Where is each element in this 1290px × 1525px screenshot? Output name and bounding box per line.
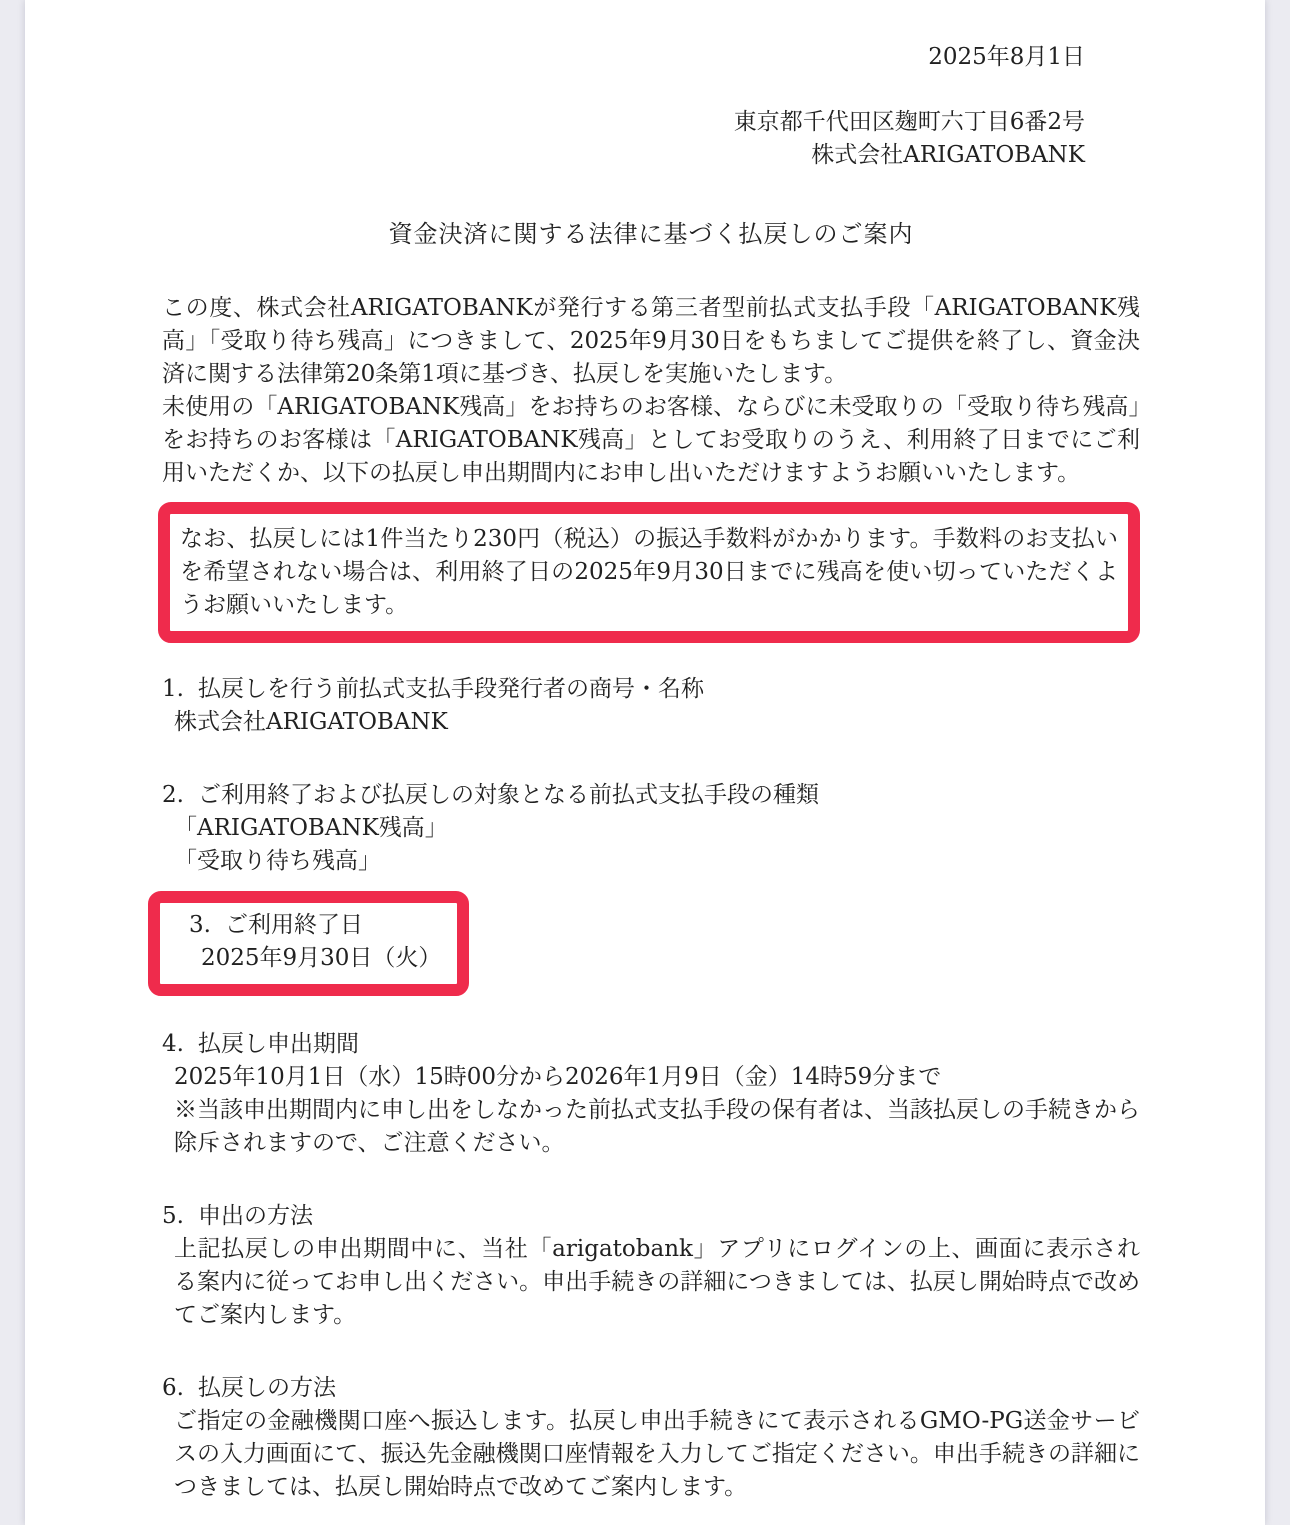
fee-note-highlight-box: なお、払戻しには1件当たり230円（税込）の振込手数料がかかります。手数料のお支… — [158, 502, 1140, 643]
item-line: 2025年10月1日（水）15時00分から2026年1月9日（金）14時59分ま… — [162, 1061, 1140, 1094]
item-number: 2. — [162, 779, 198, 812]
fee-note-text: なお、払戻しには1件当たり230円（税込）の振込手数料がかかります。手数料のお支… — [180, 523, 1118, 622]
letterhead: 2025年8月1日 東京都千代田区麹町六丁目6番2号 株式会社ARIGATOBA… — [162, 42, 1140, 172]
end-date-highlight-box: 3. ご利用終了日 2025年9月30日（火） — [148, 891, 469, 996]
item-heading: 3. ご利用終了日 — [175, 909, 441, 942]
item-number: 3. — [189, 909, 225, 942]
list-item-end-date: 3. ご利用終了日 2025年9月30日（火） — [175, 909, 441, 975]
list-item-application-period: 4. 払戻し申出期間 2025年10月1日（水）15時00分から2026年1月9… — [162, 1028, 1140, 1160]
item-heading: 2. ご利用終了および払戻しの対象となる前払式支払手段の種類 — [162, 779, 1140, 812]
item-number: 5. — [162, 1200, 198, 1233]
sender-address: 東京都千代田区麹町六丁目6番2号 — [162, 106, 1085, 139]
intro-paragraph-2: 未使用の「ARIGATOBANK残高」をお持ちのお客様、ならびに未受取りの「受取… — [162, 391, 1140, 490]
intro-paragraph-1: この度、株式会社ARIGATOBANKが発行する第三者型前払式支払手段「ARIG… — [162, 292, 1140, 391]
item-number: 1. — [162, 673, 198, 706]
list-item-refund-method: 6. 払戻しの方法 ご指定の金融機関口座へ振込します。払戻し申出手続きにて表示さ… — [162, 1372, 1140, 1504]
item-heading: 5. 申出の方法 — [162, 1200, 1140, 1233]
list-item-application-method: 5. 申出の方法 上記払戻しの申出期間中に、当社「arigatobank」アプリ… — [162, 1200, 1140, 1332]
item-line: ※当該申出期間内に申し出をしなかった前払式支払手段の保有者は、当該払戻しの手続き… — [162, 1094, 1140, 1160]
item-heading-text: 払戻しの方法 — [198, 1372, 336, 1405]
item-line: 2025年9月30日（火） — [175, 942, 441, 975]
document-date: 2025年8月1日 — [162, 42, 1085, 72]
item-line: 「ARIGATOBANK残高」 — [162, 812, 1140, 845]
sender-company: 株式会社ARIGATOBANK — [162, 139, 1085, 172]
item-line: 上記払戻しの申出期間中に、当社「arigatobank」アプリにログインの上、画… — [162, 1233, 1140, 1332]
item-line: 「受取り待ち残高」 — [162, 845, 1140, 878]
item-heading: 4. 払戻し申出期間 — [162, 1028, 1140, 1061]
item-heading-text: 払戻し申出期間 — [198, 1028, 359, 1061]
item-line: ご指定の金融機関口座へ振込します。払戻し申出手続きにて表示されるGMO-PG送金… — [162, 1405, 1140, 1504]
item-heading-text: 払戻しを行う前払式支払手段発行者の商号・名称 — [198, 673, 704, 706]
item-heading-text: 申出の方法 — [198, 1200, 313, 1233]
document-page: 2025年8月1日 東京都千代田区麹町六丁目6番2号 株式会社ARIGATOBA… — [25, 0, 1265, 1525]
item-heading-text: ご利用終了および払戻しの対象となる前払式支払手段の種類 — [198, 779, 819, 812]
item-number: 4. — [162, 1028, 198, 1061]
list-item-instrument-types: 2. ご利用終了および払戻しの対象となる前払式支払手段の種類 「ARIGATOB… — [162, 779, 1140, 878]
item-heading: 6. 払戻しの方法 — [162, 1372, 1140, 1405]
item-number: 6. — [162, 1372, 198, 1405]
item-heading-text: ご利用終了日 — [225, 909, 363, 942]
list-item-issuer-name: 1. 払戻しを行う前払式支払手段発行者の商号・名称 株式会社ARIGATOBAN… — [162, 673, 1140, 739]
document-viewer: 2025年8月1日 東京都千代田区麹町六丁目6番2号 株式会社ARIGATOBA… — [0, 0, 1290, 1525]
document-title: 資金決済に関する法律に基づく払戻しのご案内 — [162, 216, 1140, 252]
item-line: 株式会社ARIGATOBANK — [162, 706, 1140, 739]
item-heading: 1. 払戻しを行う前払式支払手段発行者の商号・名称 — [162, 673, 1140, 706]
intro-block: この度、株式会社ARIGATOBANKが発行する第三者型前払式支払手段「ARIG… — [162, 292, 1140, 490]
